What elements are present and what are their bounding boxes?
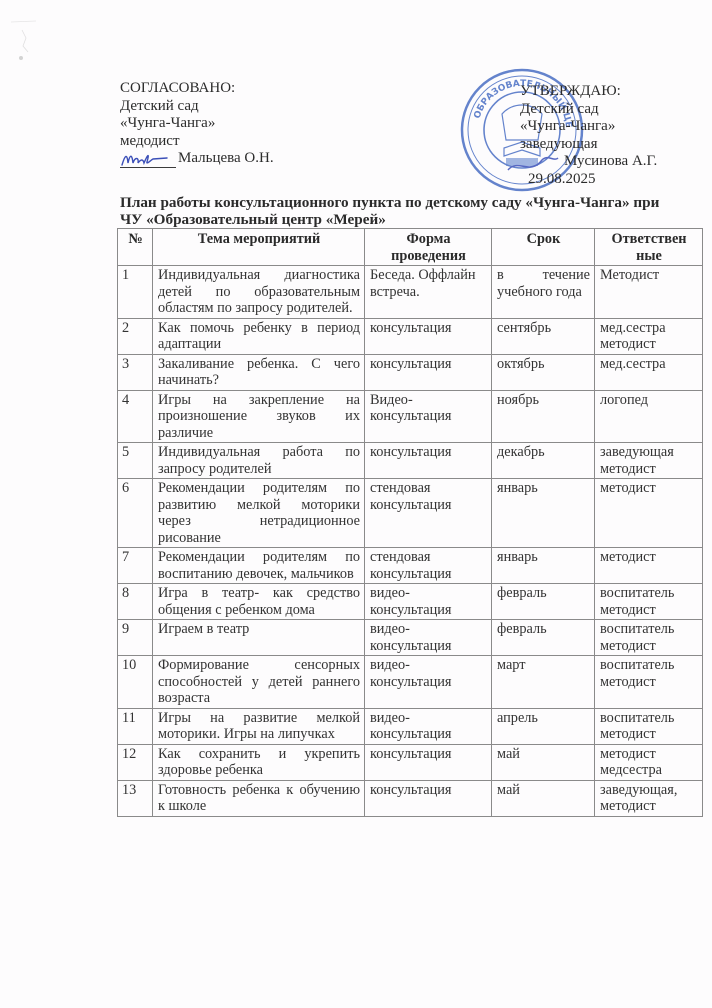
approval-left-block: СОГЛАСОВАНО: Детский сад «Чунга-Чанга» м…	[120, 80, 274, 168]
cell-responsible: воспитатель методист	[595, 656, 703, 709]
cell-term: январь	[492, 479, 595, 548]
approval-date: 29.08.2025	[520, 171, 657, 189]
cell-topic: Игра в театр- как средство общения с реб…	[153, 584, 365, 620]
table-row: 6Рекомендации родителям по развитию мелк…	[118, 479, 703, 548]
cell-term: в течение учебного года	[492, 266, 595, 319]
cell-topic: Закаливание ребенка. С чего начинать?	[153, 354, 365, 390]
header-topic: Тема мероприятий	[153, 229, 365, 266]
cell-topic: Рекомендации родителям по воспитанию дев…	[153, 548, 365, 584]
cell-term: февраль	[492, 620, 595, 656]
cell-topic: Рекомендации родителям по развитию мелко…	[153, 479, 365, 548]
header-num: №	[118, 229, 153, 266]
cell-num: 9	[118, 620, 153, 656]
cell-responsible: воспитатель методист	[595, 620, 703, 656]
table-row: 12Как сохранить и укрепить здоровье ребе…	[118, 744, 703, 780]
cell-term: январь	[492, 548, 595, 584]
table-row: 9Играем в театрвидео-консультацияфевраль…	[118, 620, 703, 656]
cell-term: апрель	[492, 708, 595, 744]
approval-left-position: медодист	[120, 133, 274, 151]
cell-num: 7	[118, 548, 153, 584]
table-body: 1Индивидуальная диагностика детей по обр…	[118, 266, 703, 817]
table-row: 11Игры на развитие мелкой моторики. Игры…	[118, 708, 703, 744]
plan-table: № Тема мероприятий Форма проведения Срок…	[117, 228, 703, 817]
approval-right-block: УТВЕРЖДАЮ: Детский сад «Чунга-Чанга» зав…	[520, 83, 657, 188]
table-row: 5Индивидуальная работа по запросу родите…	[118, 443, 703, 479]
cell-form: Беседа. Оффлайн встреча.	[365, 266, 492, 319]
cell-term: март	[492, 656, 595, 709]
cell-form: стендовая консультация	[365, 548, 492, 584]
cell-form: видео-консультация	[365, 656, 492, 709]
page-title: План работы консультационного пункта по …	[120, 194, 680, 228]
cell-form: консультация	[365, 780, 492, 816]
cell-responsible: методист	[595, 548, 703, 584]
cell-num: 1	[118, 266, 153, 319]
cell-term: сентябрь	[492, 318, 595, 354]
table-row: 2Как помочь ребенку в период адаптациико…	[118, 318, 703, 354]
cell-responsible: методист медсестра	[595, 744, 703, 780]
cell-topic: Формирование сенсорных способностей у де…	[153, 656, 365, 709]
table-header-row: № Тема мероприятий Форма проведения Срок…	[118, 229, 703, 266]
cell-responsible: методист	[595, 479, 703, 548]
cell-form: видео-консультация	[365, 620, 492, 656]
signature-icon	[120, 150, 176, 168]
table-row: 1Индивидуальная диагностика детей по обр…	[118, 266, 703, 319]
cell-topic: Готовность ребенка к обучению к школе	[153, 780, 365, 816]
cell-topic: Игры на развитие мелкой моторики. Игры н…	[153, 708, 365, 744]
cell-topic: Как помочь ребенку в период адаптации	[153, 318, 365, 354]
cell-form: консультация	[365, 744, 492, 780]
cell-form: консультация	[365, 443, 492, 479]
cell-term: май	[492, 780, 595, 816]
approval-right-name: Мусинова А.Г.	[520, 153, 657, 171]
table-row: 13Готовность ребенка к обучению к школек…	[118, 780, 703, 816]
cell-topic: Индивидуальная работа по запросу родител…	[153, 443, 365, 479]
cell-num: 13	[118, 780, 153, 816]
cell-responsible: воспитатель методист	[595, 708, 703, 744]
cell-topic: Игры на закрепление на произношение звук…	[153, 390, 365, 443]
cell-num: 4	[118, 390, 153, 443]
cell-responsible: заведующая, методист	[595, 780, 703, 816]
cell-form: консультация	[365, 318, 492, 354]
header-term: Срок	[492, 229, 595, 266]
cell-term: декабрь	[492, 443, 595, 479]
cell-term: февраль	[492, 584, 595, 620]
cell-num: 10	[118, 656, 153, 709]
cell-form: видео-консультация	[365, 708, 492, 744]
cell-num: 8	[118, 584, 153, 620]
cell-num: 5	[118, 443, 153, 479]
approval-right-heading: УТВЕРЖДАЮ:	[520, 83, 657, 101]
cell-responsible: мед.сестра методист	[595, 318, 703, 354]
cell-term: май	[492, 744, 595, 780]
header-responsible: Ответствен ные	[595, 229, 703, 266]
cell-responsible: Методист	[595, 266, 703, 319]
approval-right-org-line2: «Чунга-Чанга»	[520, 118, 657, 136]
cell-topic: Индивидуальная диагностика детей по обра…	[153, 266, 365, 319]
cell-num: 6	[118, 479, 153, 548]
table-row: 8Игра в театр- как средство общения с ре…	[118, 584, 703, 620]
cell-num: 11	[118, 708, 153, 744]
scan-artifact	[8, 8, 38, 68]
cell-responsible: воспитатель методист	[595, 584, 703, 620]
approval-left-org-line1: Детский сад	[120, 98, 274, 116]
cell-form: Видео-консультация	[365, 390, 492, 443]
cell-form: видео-консультация	[365, 584, 492, 620]
table-row: 4Игры на закрепление на произношение зву…	[118, 390, 703, 443]
cell-topic: Как сохранить и укрепить здоровье ребенк…	[153, 744, 365, 780]
approval-left-name: Мальцева О.Н.	[178, 150, 274, 166]
table-row: 3Закаливание ребенка. С чего начинать?ко…	[118, 354, 703, 390]
cell-num: 2	[118, 318, 153, 354]
cell-responsible: заведующая методист	[595, 443, 703, 479]
cell-topic: Играем в театр	[153, 620, 365, 656]
cell-responsible: логопед	[595, 390, 703, 443]
cell-term: ноябрь	[492, 390, 595, 443]
cell-form: стендовая консультация	[365, 479, 492, 548]
approval-right-org-line1: Детский сад	[520, 101, 657, 119]
table-row: 7Рекомендации родителям по воспитанию де…	[118, 548, 703, 584]
approval-left-org-line2: «Чунга-Чанга»	[120, 115, 274, 133]
approval-right-position: заведующая	[520, 136, 657, 154]
cell-responsible: мед.сестра	[595, 354, 703, 390]
signature-line	[120, 153, 176, 168]
cell-num: 12	[118, 744, 153, 780]
approval-left-signature-row: Мальцева О.Н.	[120, 150, 274, 168]
cell-form: консультация	[365, 354, 492, 390]
cell-term: октябрь	[492, 354, 595, 390]
cell-num: 3	[118, 354, 153, 390]
header-form: Форма проведения	[365, 229, 492, 266]
table-row: 10Формирование сенсорных способностей у …	[118, 656, 703, 709]
approval-left-heading: СОГЛАСОВАНО:	[120, 80, 274, 98]
